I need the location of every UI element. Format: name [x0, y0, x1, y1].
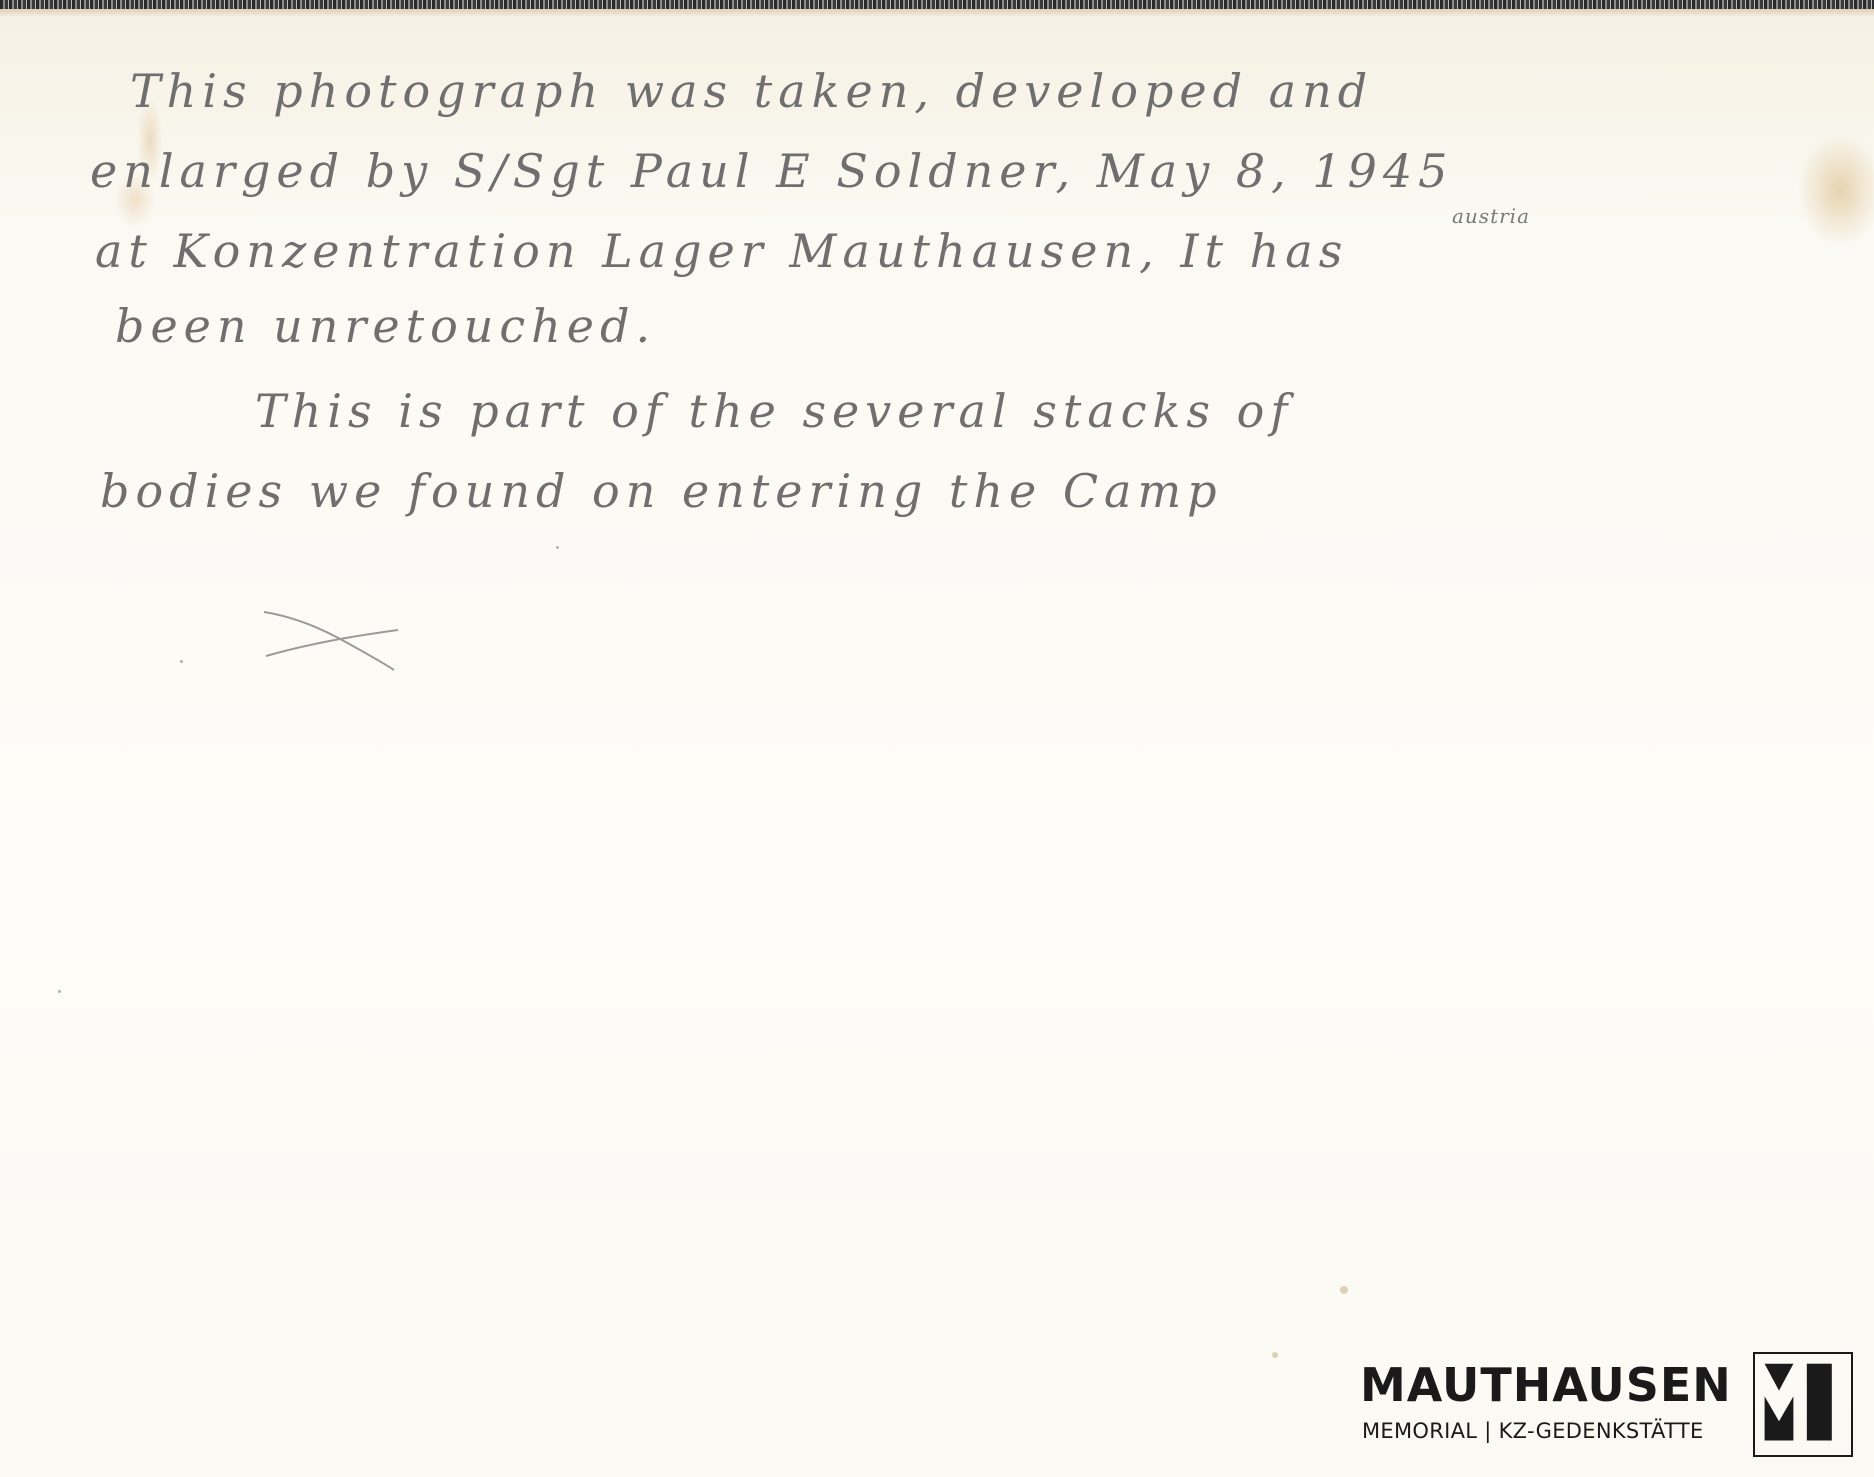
handwritten-line-2: enlarged by S/Sgt Paul E Soldner, May 8,… — [90, 148, 1453, 194]
handwritten-insertion: austria — [1452, 206, 1530, 226]
handwritten-line-5: This is part of the several stacks of — [255, 388, 1293, 434]
logo-title: MAUTHAUSEN — [1360, 1358, 1732, 1412]
handwritten-line-6: bodies we found on entering the Camp — [100, 468, 1223, 514]
logo-subtitle: MEMORIAL | KZ-GEDENKSTÄTTE — [1362, 1419, 1704, 1443]
handwritten-line-3: at Konzentration Lager Mauthausen, It ha… — [95, 228, 1348, 274]
handwritten-line-1: This photograph was taken, developed and — [130, 68, 1373, 114]
pencil-x-mark — [262, 610, 402, 680]
mauthausen-memorial-logo: MAUTHAUSEN MEMORIAL | KZ-GEDENKSTÄTTE — [1360, 1352, 1860, 1467]
paper-top-shadow — [0, 9, 1874, 17]
scanned-page: This photograph was taken, developed and… — [0, 0, 1874, 1477]
handwritten-line-4: been unretouched. — [115, 303, 656, 349]
scan-edge-strip — [0, 0, 1874, 9]
m-emblem-icon — [1753, 1352, 1853, 1457]
